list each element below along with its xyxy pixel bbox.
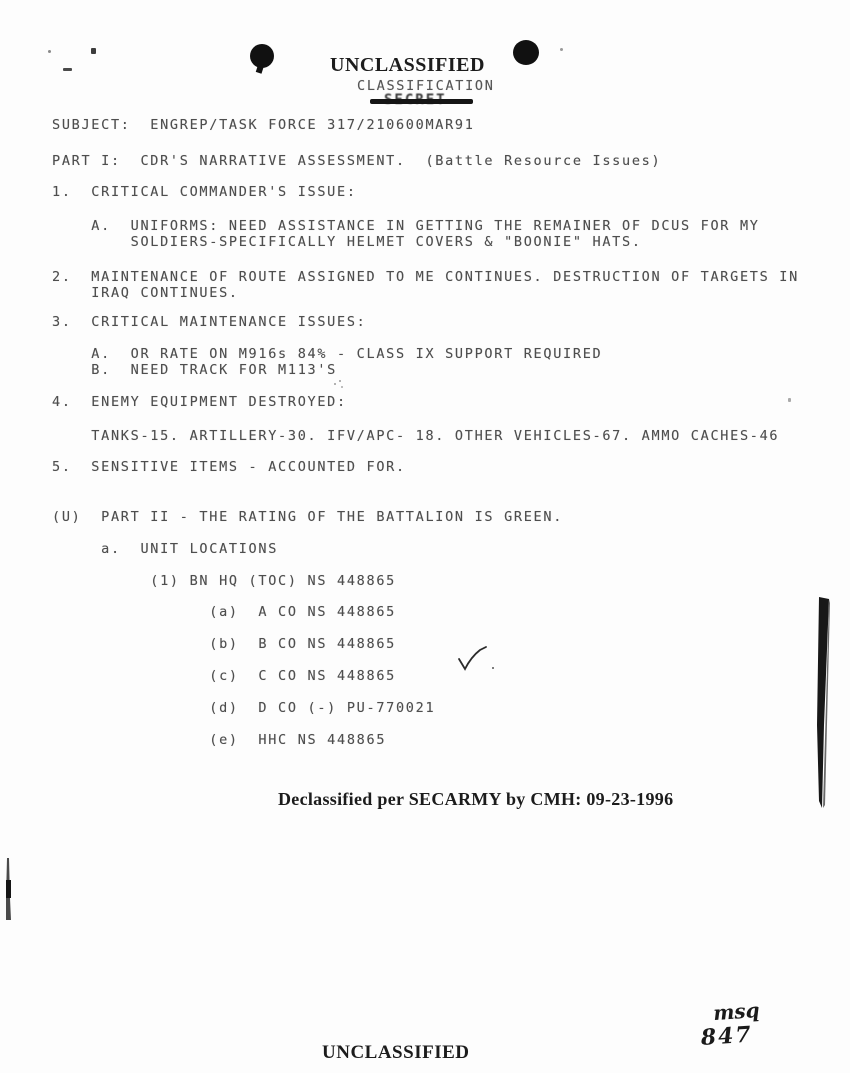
- scan-speck: [492, 667, 494, 669]
- subject-line: SUBJECT: ENGREP/TASK FORCE 317/210600MAR…: [52, 118, 475, 134]
- scan-speck: [48, 50, 51, 53]
- item-1-heading: 1. CRITICAL COMMANDER'S ISSUE:: [52, 185, 357, 201]
- handwritten-checkmark-icon: [455, 645, 491, 675]
- item-4-heading: 4. ENEMY EQUIPMENT DESTROYED:: [52, 395, 347, 411]
- declassified-stamp: Declassified per SECARMY by CMH: 09-23-1…: [278, 789, 673, 810]
- item-3ab-maintenance-issues: A. OR RATE ON M916s 84% - CLASS IX SUPPO…: [52, 347, 602, 379]
- scan-streak-right: [814, 595, 832, 811]
- location-hhc: (e) HHC NS 448865: [52, 733, 386, 749]
- location-bn-hq: (1) BN HQ (TOC) NS 448865: [52, 574, 396, 590]
- hole-punch-right: [513, 40, 539, 65]
- item-5-sensitive-items: 5. SENSITIVE ITEMS - ACCOUNTED FOR.: [52, 460, 406, 476]
- scan-speck: [63, 68, 72, 71]
- scan-speck: [341, 386, 343, 388]
- scan-speck: [334, 383, 336, 385]
- footer-unclassified-stamp: UNCLASSIFIED: [322, 1042, 469, 1064]
- location-b-co: (b) B CO NS 448865: [52, 637, 396, 653]
- scan-streak-left: [4, 858, 14, 920]
- scan-speck: [788, 398, 791, 402]
- scan-speck: [560, 48, 563, 51]
- item-4-enemy-equipment: TANKS-15. ARTILLERY-30. IFV/APC- 18. OTH…: [52, 429, 779, 445]
- part-i-heading: PART I: CDR'S NARRATIVE ASSESSMENT. (Bat…: [52, 154, 661, 170]
- location-c-co: (c) C CO NS 448865: [52, 669, 396, 685]
- scan-speck: [91, 48, 96, 54]
- hole-punch-left-tail: [256, 63, 264, 73]
- handwriting-line-1: msq: [712, 998, 760, 1025]
- item-1a-uniforms: A. UNIFORMS: NEED ASSISTANCE IN GETTING …: [52, 219, 760, 251]
- redaction-strike-line: [370, 99, 473, 104]
- handwriting-line-2: 847: [700, 1022, 762, 1050]
- handwritten-msg-number: msq 847: [698, 998, 762, 1050]
- unit-locations-heading: a. UNIT LOCATIONS: [52, 542, 278, 558]
- item-2-maintenance-route: 2. MAINTENANCE OF ROUTE ASSIGNED TO ME C…: [52, 270, 799, 302]
- header-unclassified-stamp: UNCLASSIFIED: [330, 54, 485, 77]
- item-3-heading: 3. CRITICAL MAINTENANCE ISSUES:: [52, 315, 367, 331]
- scan-speck: [339, 380, 341, 382]
- document-page: UNCLASSIFIED CLASSIFICATION SECRET SUBJE…: [0, 0, 850, 1073]
- part-ii-heading: (U) PART II - THE RATING OF THE BATTALIO…: [52, 510, 563, 526]
- location-d-co: (d) D CO (-) PU-770021: [52, 701, 435, 717]
- location-a-co: (a) A CO NS 448865: [52, 605, 396, 621]
